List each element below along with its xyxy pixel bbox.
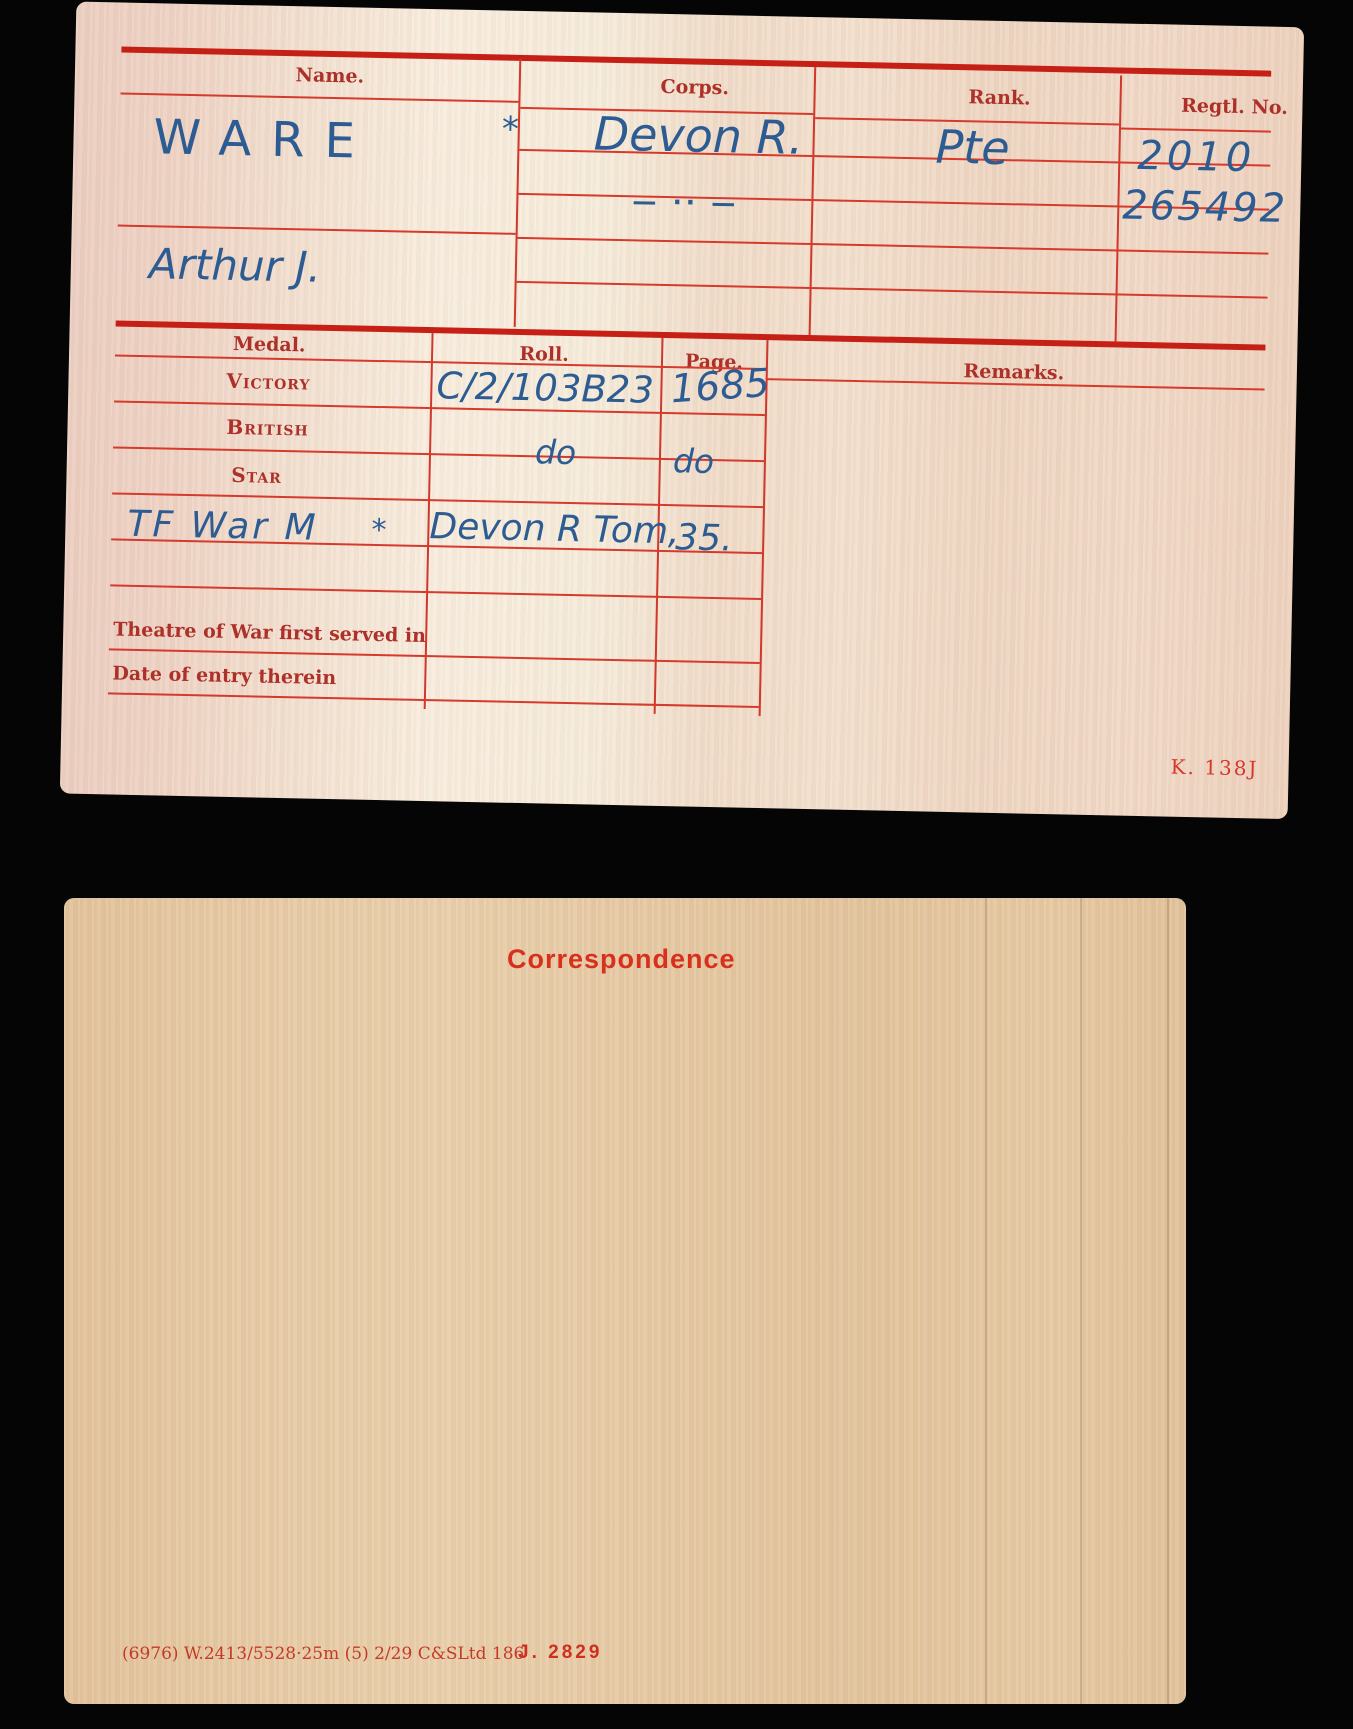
tf-war-medal-handwriting: TF War M <box>127 507 319 547</box>
surname-asterisk-mark: * <box>501 113 519 147</box>
rule-line <box>518 237 1269 255</box>
regtl-no-1-handwriting: 2010 <box>1137 136 1256 178</box>
remarks-header-label: Remarks. <box>949 360 1079 385</box>
regtl-no-2-handwriting: 265492 <box>1122 186 1288 229</box>
medal-card-front: Name. Corps. Rank. Regtl. No. WARE * Art… <box>60 2 1304 820</box>
tf-war-page-handwriting: 35. <box>675 520 733 557</box>
card-crease-line <box>985 898 987 1704</box>
rule-line <box>120 93 518 103</box>
correspondence-title: Correspondence <box>507 944 736 975</box>
rule-line <box>1121 127 1271 132</box>
theatre-of-war-label: Theatre of War first served in <box>113 618 426 647</box>
regtl-no-header-label: Regtl. No. <box>1159 94 1304 119</box>
corps-handwriting: Devon R. <box>593 110 803 160</box>
british-medal-label: British <box>157 413 377 442</box>
tf-war-medal-asterisk-mark: * <box>371 516 387 546</box>
name-column-header: Name. <box>275 64 385 88</box>
british-page-ditto-handwriting: do <box>673 444 715 478</box>
corps-ditto-mark: — ·· — <box>632 189 739 215</box>
medal-row-victory: Victory <box>158 367 378 396</box>
date-of-entry-label: Date of entry therein <box>112 662 336 689</box>
corps-column-header: Corps. <box>640 75 750 99</box>
name-header-label: Name. <box>275 64 385 88</box>
scan-streaks-overlay <box>64 898 1186 1704</box>
victory-medal-label: Victory <box>158 367 378 396</box>
british-roll-ditto-handwriting: do <box>535 435 577 469</box>
card-reference-code: K. 138J <box>1170 755 1258 781</box>
rank-header-label: Rank. <box>944 86 1054 110</box>
medal-header-label: Medal. <box>209 332 329 357</box>
rule-line <box>108 692 759 708</box>
card-crease-line <box>1167 898 1169 1704</box>
medal-column-header: Medal. <box>209 332 329 357</box>
rule-line <box>110 584 761 600</box>
rule-line <box>109 648 760 664</box>
corps-header-label: Corps. <box>640 75 750 99</box>
rule-line <box>517 281 1268 299</box>
rule-line <box>113 446 764 462</box>
column-divider <box>1114 75 1122 343</box>
forenames-handwriting: Arthur J. <box>149 243 322 289</box>
medal-card-back: Correspondence (6976) W.2413/5528·25m (5… <box>64 898 1186 1704</box>
rank-handwriting: Pte <box>935 124 1010 172</box>
victory-roll-handwriting: C/2/103B23 <box>436 367 654 409</box>
surname-handwriting: WARE <box>153 113 375 166</box>
printer-imprint-text: (6976) W.2413/5528·25m (5) 2/29 C&SLtd 1… <box>122 1644 524 1664</box>
rank-column-header: Rank. <box>944 86 1054 110</box>
rule-line <box>118 225 516 235</box>
tf-war-roll-handwriting: Devon R Tom, <box>429 509 680 550</box>
card-crease-line <box>1080 898 1082 1704</box>
remarks-column-header: Remarks. <box>949 360 1079 385</box>
printer-code: J. 2829 <box>518 1642 602 1664</box>
medal-row-star: Star <box>156 461 356 489</box>
medal-row-british: British <box>157 413 377 442</box>
star-medal-label: Star <box>156 461 356 489</box>
victory-page-handwriting: 1685 <box>669 364 771 409</box>
regtl-no-column-header: Regtl. No. <box>1159 94 1304 119</box>
